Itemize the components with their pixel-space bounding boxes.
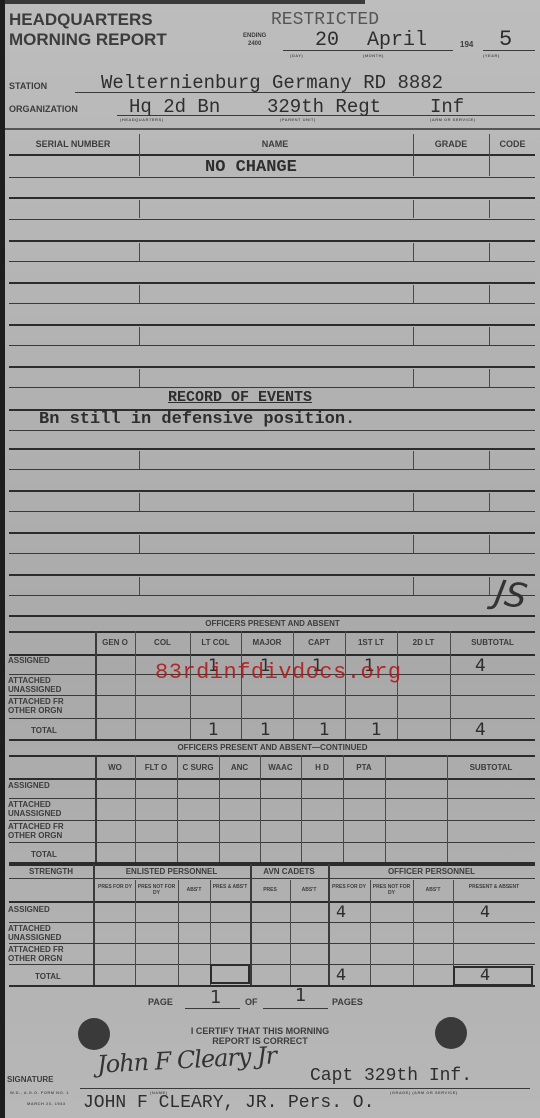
- col-major: MAJOR: [241, 638, 293, 647]
- org-headquarters: Hq 2d Bn: [129, 96, 220, 118]
- form-title: HEADQUARTERS MORNING REPORT: [9, 10, 167, 50]
- day-caption: (DAY): [290, 53, 303, 58]
- strength-row-assigned: ASSIGNED: [8, 905, 50, 914]
- of-label: OF: [245, 997, 258, 1007]
- strength-row-attached-other: ATTACHED FR OTHER ORGN: [8, 945, 88, 963]
- col-pta: PTA: [343, 763, 385, 772]
- form-note-2: MARCH 23, 1943: [27, 1101, 66, 1106]
- form-note-1: W.D., A.G.O. FORM NO. 1: [10, 1090, 69, 1095]
- certify-line1: I CERTIFY THAT THIS MORNING: [145, 1026, 375, 1036]
- parent-caption: (PARENT UNIT): [280, 117, 316, 122]
- station-value: Welternienburg Germany RD 8882: [101, 72, 443, 94]
- record-of-events-text: Bn still in defensive position.: [39, 410, 355, 429]
- handwritten-signature: John F Cleary Jr: [96, 1041, 276, 1078]
- strength-row-attached-unassigned: ATTACHED UNASSIGNED: [8, 924, 88, 942]
- sub-pres-not-for-dy-enl: PRES NOT FOR DY: [135, 884, 178, 896]
- station-label: STATION: [9, 81, 47, 91]
- year-prefix: 194: [460, 40, 473, 49]
- record-of-events-heading: RECORD OF EVENTS: [168, 389, 312, 406]
- total-1st-lt: 1: [371, 720, 382, 740]
- typed-name: JOHN F CLEARY, JR.: [83, 1093, 277, 1113]
- sub-pres-not-for-dy-off: PRES NOT FOR DY: [370, 884, 413, 896]
- position-title: Pers. O.: [288, 1093, 374, 1113]
- col-name: NAME: [140, 139, 410, 149]
- sub-abst-off: ABS'T: [413, 887, 453, 893]
- ending-label: ENDING 2400: [243, 32, 266, 48]
- row-assigned: ASSIGNED: [8, 656, 50, 665]
- strength-total-off-total: 4: [480, 965, 490, 984]
- ending-label-1: ENDING: [243, 32, 266, 40]
- col-gen-o: GEN O: [95, 638, 135, 647]
- strength-label: STRENGTH: [9, 867, 93, 876]
- report-day: 20: [315, 29, 339, 52]
- col-h-d: H D: [301, 763, 343, 772]
- org-parent-unit: 329th Regt: [267, 96, 381, 118]
- col-serial-number: SERIAL NUMBER: [13, 139, 133, 149]
- total-major: 1: [260, 720, 271, 740]
- sub-pres-for-dy-enl: PRES FOR DY: [95, 884, 135, 890]
- strength-total-off-pres: 4: [336, 965, 346, 984]
- organization-label: ORGANIZATION: [9, 104, 78, 114]
- month-caption: (MONTH): [363, 53, 384, 58]
- sub-pres-cadet: PRES: [250, 887, 290, 893]
- morning-report-form: HEADQUARTERS MORNING REPORT RESTRICTED E…: [5, 0, 540, 1118]
- officers-title: OFFICERS PRESENT AND ABSENT: [5, 619, 540, 628]
- col-1st-lt: 1ST LT: [345, 638, 397, 647]
- row-attached-other: ATTACHED FR OTHER ORGN: [8, 697, 88, 715]
- pages-total: 1: [295, 985, 306, 1006]
- page-underline: [185, 1008, 240, 1009]
- sub-present-absent-off: PRESENT & ABSENT: [453, 884, 535, 890]
- margin-initials: JS: [492, 573, 530, 618]
- arm-caption: (ARM OR SERVICE): [430, 117, 475, 122]
- header-divider: [5, 128, 540, 130]
- col-waac: WAAC: [260, 763, 301, 772]
- org-arm-or-service: Inf: [430, 96, 464, 118]
- row-assigned-continued: ASSIGNED: [8, 781, 50, 790]
- group-officer-personnel: OFFICER PERSONNEL: [328, 867, 535, 876]
- col-capt: CAPT: [293, 638, 345, 647]
- form-title-line1: HEADQUARTERS: [9, 10, 167, 30]
- officers-continued-title: OFFICERS PRESENT AND ABSENT—CONTINUED: [5, 743, 540, 752]
- row-attached-other-continued: ATTACHED FR OTHER ORGN: [8, 822, 88, 840]
- col-c-surg: C SURG: [177, 763, 219, 772]
- year-caption: (YEAR): [483, 53, 500, 58]
- pages-label: PAGES: [332, 997, 363, 1007]
- strength-row-total: TOTAL: [35, 972, 61, 981]
- col-subtotal-continued: SUBTOTAL: [447, 763, 535, 772]
- report-month: April: [367, 29, 427, 52]
- binder-hole-right: [435, 1017, 467, 1049]
- total-capt: 1: [319, 720, 330, 740]
- report-year: 5: [499, 27, 512, 52]
- col-grade: GRADE: [415, 139, 487, 149]
- total-subtotal: 4: [475, 720, 486, 740]
- strength-assigned-off-pres: 4: [336, 902, 346, 921]
- row-total: TOTAL: [31, 726, 57, 735]
- row-attached-unassigned: ATTACHED UNASSIGNED: [8, 676, 88, 694]
- sub-abst-cadet: ABS'T: [290, 887, 328, 893]
- col-lt-col: LT COL: [190, 638, 241, 647]
- assigned-subtotal: 4: [475, 656, 486, 676]
- watermark: 83rdinfdivdocs.org: [155, 660, 402, 685]
- top-edge-strip: [5, 0, 365, 4]
- strength-assigned-off-total: 4: [480, 902, 490, 921]
- grade-caption: (GRADE) (ARM OR SERVICE): [390, 1090, 458, 1095]
- sub-abst-enl: ABS'T: [178, 887, 210, 893]
- signature-underline: [80, 1088, 530, 1089]
- col-code: CODE: [490, 139, 535, 149]
- sub-pres-abst-enl: PRES & ABS'T: [210, 884, 250, 890]
- pages-underline: [263, 1008, 328, 1009]
- roster-no-change: NO CHANGE: [205, 158, 297, 177]
- group-avn-cadets: AVN CADETS: [250, 867, 328, 876]
- signature-label: SIGNATURE: [7, 1075, 54, 1084]
- ending-label-2: 2400: [243, 40, 266, 48]
- group-enlisted: ENLISTED PERSONNEL: [93, 867, 250, 876]
- classification-stamp: RESTRICTED: [271, 10, 379, 30]
- row-total-continued: TOTAL: [31, 850, 57, 859]
- col-subtotal: SUBTOTAL: [450, 638, 535, 647]
- total-lt-col: 1: [208, 720, 219, 740]
- grade-unit: Capt 329th Inf.: [310, 1066, 472, 1086]
- col-2d-lt: 2D LT: [397, 638, 450, 647]
- roster-header-line: [9, 154, 535, 156]
- page-label: PAGE: [148, 997, 173, 1007]
- form-title-line2: MORNING REPORT: [9, 30, 167, 50]
- sub-pres-for-dy-off: PRES FOR DY: [328, 884, 370, 890]
- page-number: 1: [210, 987, 221, 1008]
- binder-hole-left: [78, 1018, 110, 1050]
- row-attached-unassigned-continued: ATTACHED UNASSIGNED: [8, 800, 88, 818]
- col-wo: WO: [95, 763, 135, 772]
- col-flt-o: FLT O: [135, 763, 177, 772]
- col-col: COL: [135, 638, 190, 647]
- hq-caption: (HEADQUARTERS): [120, 117, 163, 122]
- col-anc: ANC: [219, 763, 260, 772]
